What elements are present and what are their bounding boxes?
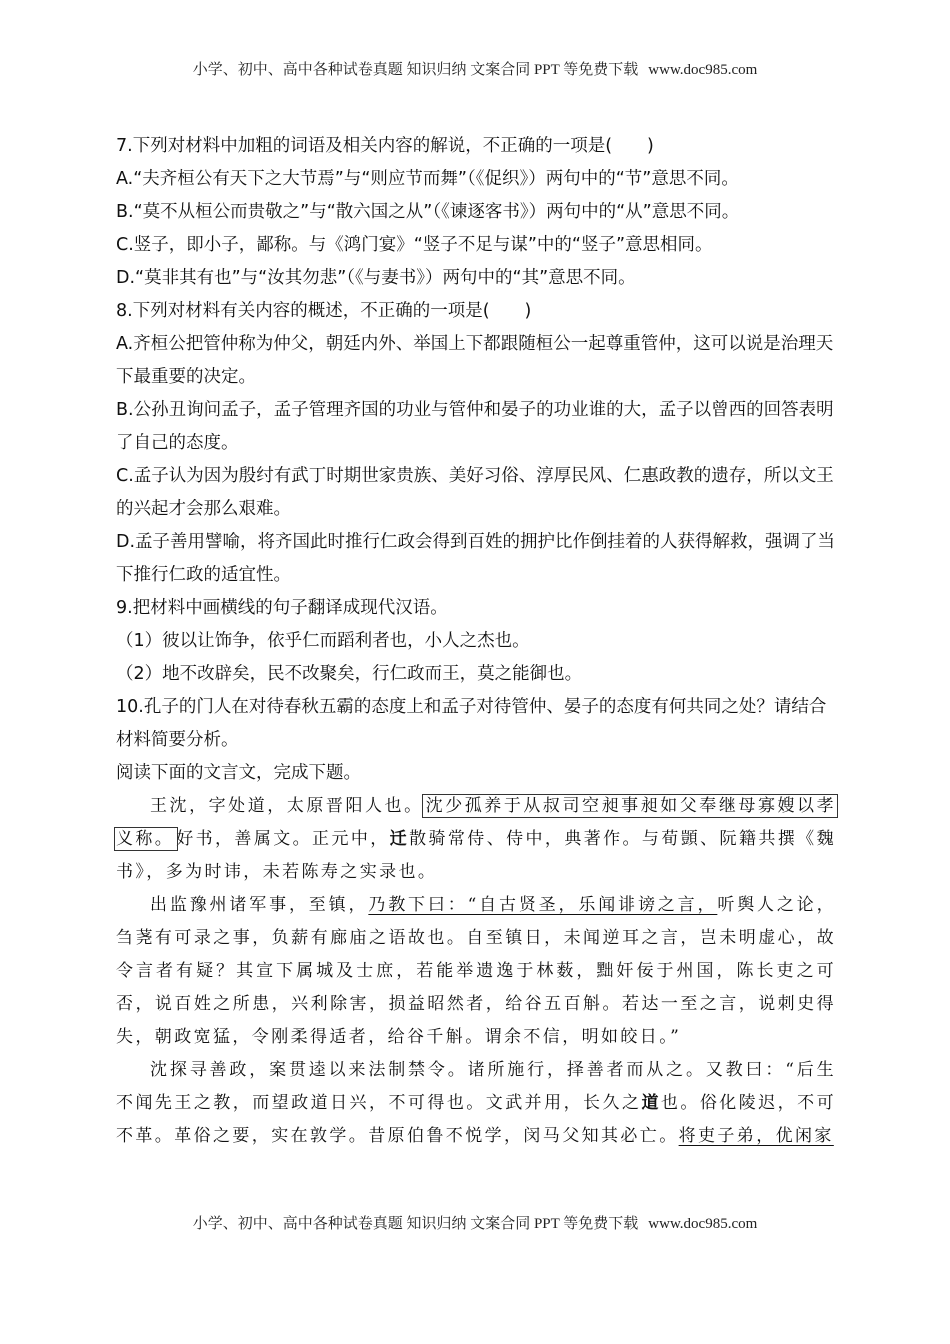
underlined-sentence-1: 乃教下曰：“自古贤圣，乐闻诽谤之言， — [368, 895, 717, 915]
underlined-sentence-2: 将吏子弟，优闲家 — [679, 1126, 834, 1146]
classical-passage: 王沈，字处道，太原晋阳人也。沈少孤养于从叔司空昶事昶如父奉继母寡嫂以孝义称。好书… — [116, 790, 836, 1153]
q9-sentence-1: （1）彼以让饰争，依乎仁而蹈利者也，小人之杰也。 — [116, 625, 836, 658]
header-text: 小学、初中、高中各种试卷真题 知识归纳 文案合同 PPT 等免费下载 — [193, 62, 639, 78]
q8-stem: 8.下列对材料有关内容的概述，不正确的一项是( ) — [116, 295, 836, 328]
footer-url: www.doc985.com — [648, 1216, 757, 1232]
q10-stem: 10.孔子的门人在对待春秋五霸的态度上和孟子对待管仲、晏子的态度有何共同之处？请… — [116, 691, 836, 757]
q8-option-d: D.孟子善用譬喻，将齐国此时推行仁政会得到百姓的拥护比作倒挂着的人获得解救，强调… — [116, 526, 836, 592]
page-header: 小学、初中、高中各种试卷真题 知识归纳 文案合同 PPT 等免费下载www.do… — [0, 58, 950, 79]
q7-option-a: A.“夫齐桓公有天下之大节焉”与“则应节而舞”（《促织》）两句中的“节”意思不同… — [116, 163, 836, 196]
passage-paragraph-2: 出监豫州诸军事，至镇，乃教下曰：“自古贤圣，乐闻诽谤之言，听舆人之论，刍荛有可录… — [116, 889, 836, 1054]
bold-word-dao: 道 — [641, 1093, 660, 1113]
page-footer: 小学、初中、高中各种试卷真题 知识归纳 文案合同 PPT 等免费下载www.do… — [0, 1212, 950, 1233]
q8-option-a: A.齐桓公把管仲称为仲父，朝廷内外、举国上下都跟随桓公一起尊重管仲，这可以说是治… — [116, 328, 836, 394]
passage-paragraph-1: 王沈，字处道，太原晋阳人也。沈少孤养于从叔司空昶事昶如父奉继母寡嫂以孝义称。好书… — [116, 790, 836, 889]
p1-text-b: 好书，善属文。正元中， — [176, 829, 389, 849]
header-url: www.doc985.com — [648, 62, 757, 78]
document-body: 7.下列对材料中加粗的词语及相关内容的解说，不正确的一项是( ) A.“夫齐桓公… — [116, 130, 836, 1153]
q8-option-c: C.孟子认为因为殷纣有武丁时期世家贵族、美好习俗、淳厚民风、仁惠政教的遗存，所以… — [116, 460, 836, 526]
passage-paragraph-3: 沈探寻善政，案贯逵以来法制禁令。诸所施行，择善者而从之。又教曰：“后生不闻先王之… — [116, 1054, 836, 1153]
footer-text: 小学、初中、高中各种试卷真题 知识归纳 文案合同 PPT 等免费下载 — [193, 1216, 639, 1232]
q8-option-b: B.公孙丑询问孟子，孟子管理齐国的功业与管仲和晏子的功业谁的大，孟子以曾西的回答… — [116, 394, 836, 460]
q7-option-d: D.“莫非其有也”与“汝其勿悲”（《与妻书》）两句中的“其”意思不同。 — [116, 262, 836, 295]
q7-option-b: B.“莫不从桓公而贵敬之”与“散六国之从”（《谏逐客书》）两句中的“从”意思不同… — [116, 196, 836, 229]
bold-word-qian: 迁 — [390, 829, 409, 849]
reading-instruction: 阅读下面的文言文，完成下题。 — [116, 757, 836, 790]
p2-text-b: 听舆人之论，刍荛有可录之事，负薪有廊庙之语故也。自至镇日，未闻逆耳之言，岂未明虚… — [116, 895, 836, 1047]
p1-text-a: 王沈，字处道，太原晋阳人也。 — [150, 796, 424, 816]
q9-stem: 9.把材料中画横线的句子翻译成现代汉语。 — [116, 592, 836, 625]
q9-sentence-2: （2）地不改辟矣，民不改聚矣，行仁政而王，莫之能御也。 — [116, 658, 836, 691]
p2-text-a: 出监豫州诸军事，至镇， — [150, 895, 368, 915]
q7-stem: 7.下列对材料中加粗的词语及相关内容的解说，不正确的一项是( ) — [116, 130, 836, 163]
q7-option-c: C.竖子，即小子，鄙称。与《鸿门宴》“竖子不足与谋”中的“竖子”意思相同。 — [116, 229, 836, 262]
